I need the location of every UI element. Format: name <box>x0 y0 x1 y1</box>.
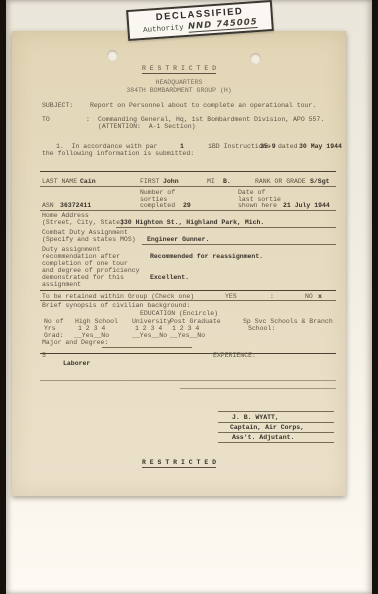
document-page: R E S T R I C T E D HEADQUARTERS 384TH B… <box>12 31 346 496</box>
authority-label: Authority <box>143 24 184 35</box>
retained-yes-label: YES <box>225 293 237 300</box>
rank-value: S/Sgt <box>310 178 330 185</box>
subject-text: Report on Personnel about to complete an… <box>90 102 316 109</box>
sorties-label-1: Number of <box>140 189 175 196</box>
sorties-label-3: completed <box>140 202 175 209</box>
education-col-high-school: High School <box>75 318 118 325</box>
divider-line <box>142 244 336 245</box>
grad-options-university: __Yes__No <box>132 332 167 339</box>
years-scale-high-school: 1 2 3 4 <box>78 325 105 332</box>
unit-line: 384TH BOMBARDMENT GROUP (H) <box>12 87 346 94</box>
education-row1-label: No of <box>44 318 64 325</box>
asn-value: 36372411 <box>60 202 91 209</box>
grad-options-high-school: __Yes__No <box>74 332 109 339</box>
signature-title-2: Ass't. Adjutant. <box>232 434 294 441</box>
experience-label: EXPERIENCE: <box>213 352 256 359</box>
divider-line <box>40 290 336 291</box>
asn-label: ASN <box>42 202 54 209</box>
education-col-post-graduate: Post Graduate <box>170 318 221 325</box>
last-name-value: Cain <box>80 178 96 185</box>
first-name-value: John <box>163 178 179 185</box>
divider-line <box>40 171 336 172</box>
duty-recommendation-value: Recommended for reassignment. <box>150 253 263 260</box>
divider-line <box>40 380 336 381</box>
paragraph-intro: 1. In accordance with par <box>56 143 157 150</box>
signature-underline <box>218 432 334 433</box>
duty-label-5: demonstrated for this <box>42 274 124 281</box>
education-col-sp-svc: Sp Svc Schools & Branch <box>243 318 333 325</box>
duty-label-6: assignment <box>42 281 81 288</box>
signature-underline <box>218 422 334 423</box>
combat-duty-value: Engineer Gunner. <box>147 236 209 243</box>
last-sortie-date-value: 21 July 1944 <box>283 202 330 209</box>
last-name-label: LAST NAME <box>42 178 77 185</box>
duty-label-2: recommendation after <box>42 253 120 260</box>
last-sortie-label-3: shown here <box>238 202 277 209</box>
dated-label: dated <box>278 143 298 150</box>
signature-line <box>218 411 334 412</box>
classification-top: R E S T R I C T E D <box>12 65 346 72</box>
retained-separator: : <box>270 293 274 300</box>
punch-hole-right <box>250 53 261 64</box>
retained-no-label: NO <box>305 293 313 300</box>
combat-duty-label-1: Combat Duty Assignment <box>42 229 128 236</box>
paragraph-par-number: 1 <box>180 143 184 150</box>
divider-line <box>40 300 336 301</box>
home-address-value: 330 Highton St., Highland Park, Mich. <box>120 219 264 226</box>
divider-line <box>40 210 336 211</box>
combat-duty-label-2: (Specify and states MOS) <box>42 236 136 243</box>
duty-label-4: and degree of proficiency <box>42 267 140 274</box>
major-degree-blank-line <box>102 347 192 348</box>
divider-line <box>40 186 336 187</box>
education-header: EDUCATION (Encircle) <box>12 310 346 317</box>
retained-label: To be retained within Group (Check one) <box>42 293 194 300</box>
education-row3-label: Grad: <box>44 332 64 339</box>
attention-line: (ATTENTION: A-1 Section) <box>98 123 196 130</box>
duty-label-1: Duty assignment <box>42 246 101 253</box>
instructions-number: 35-9 <box>260 143 276 150</box>
grad-options-post-graduate: __Yes__No <box>170 332 205 339</box>
divider-line <box>40 353 336 354</box>
middle-initial-label: MI <box>207 178 215 185</box>
experience-section-number: 5 <box>42 352 46 359</box>
classification-bottom: R E S T R I C T E D <box>12 459 346 466</box>
punch-hole-left <box>107 50 118 61</box>
divider-line <box>180 388 336 389</box>
major-degree-label: Major and Degree: <box>42 339 108 346</box>
to-label: TO <box>42 116 50 123</box>
divider-line <box>116 227 336 228</box>
instructions-date: 30 May 1944 <box>299 143 342 150</box>
signature-title-1: Captain, Air Corps, <box>230 424 304 431</box>
retained-no-mark: x <box>318 293 322 300</box>
last-sortie-label-1: Date of <box>238 189 265 196</box>
education-col-sp-svc-line2: School: <box>248 325 275 332</box>
education-row2-label: Yrs <box>44 325 56 332</box>
rank-label: RANK OR GRADE <box>255 178 306 185</box>
subject-label: SUBJECT: <box>42 102 73 109</box>
duty-proficiency-value: Excellent. <box>150 274 189 281</box>
first-name-label: FIRST <box>140 178 160 185</box>
synopsis-label: Brief synopsis of civilian background: <box>42 302 190 309</box>
paragraph-continuation: the following information is submitted: <box>42 150 194 157</box>
classification-top-text: R E S T R I C T E D <box>142 65 216 74</box>
years-scale-post-graduate: 1 2 3 4 <box>172 325 199 332</box>
years-scale-university: 1 2 3 4 <box>135 325 162 332</box>
duty-label-3: completion of one tour <box>42 260 128 267</box>
middle-initial-value: B. <box>223 178 231 185</box>
sorties-value: 29 <box>183 202 191 209</box>
home-address-label-2: (Street, City, State) <box>42 219 124 226</box>
classification-bottom-text: R E S T R I C T E D <box>142 459 216 468</box>
experience-value: Laborer <box>63 360 90 367</box>
to-separator: : <box>86 116 90 123</box>
home-address-label-1: Home Address <box>42 212 89 219</box>
signature-name: J. B. WYATT, <box>232 414 279 421</box>
headquarters-line: HEADQUARTERS <box>12 79 346 86</box>
education-col-university: University <box>132 318 171 325</box>
signature-underline <box>218 442 334 443</box>
to-text: Commanding General, Hq, 1st Bombardment … <box>98 116 324 123</box>
